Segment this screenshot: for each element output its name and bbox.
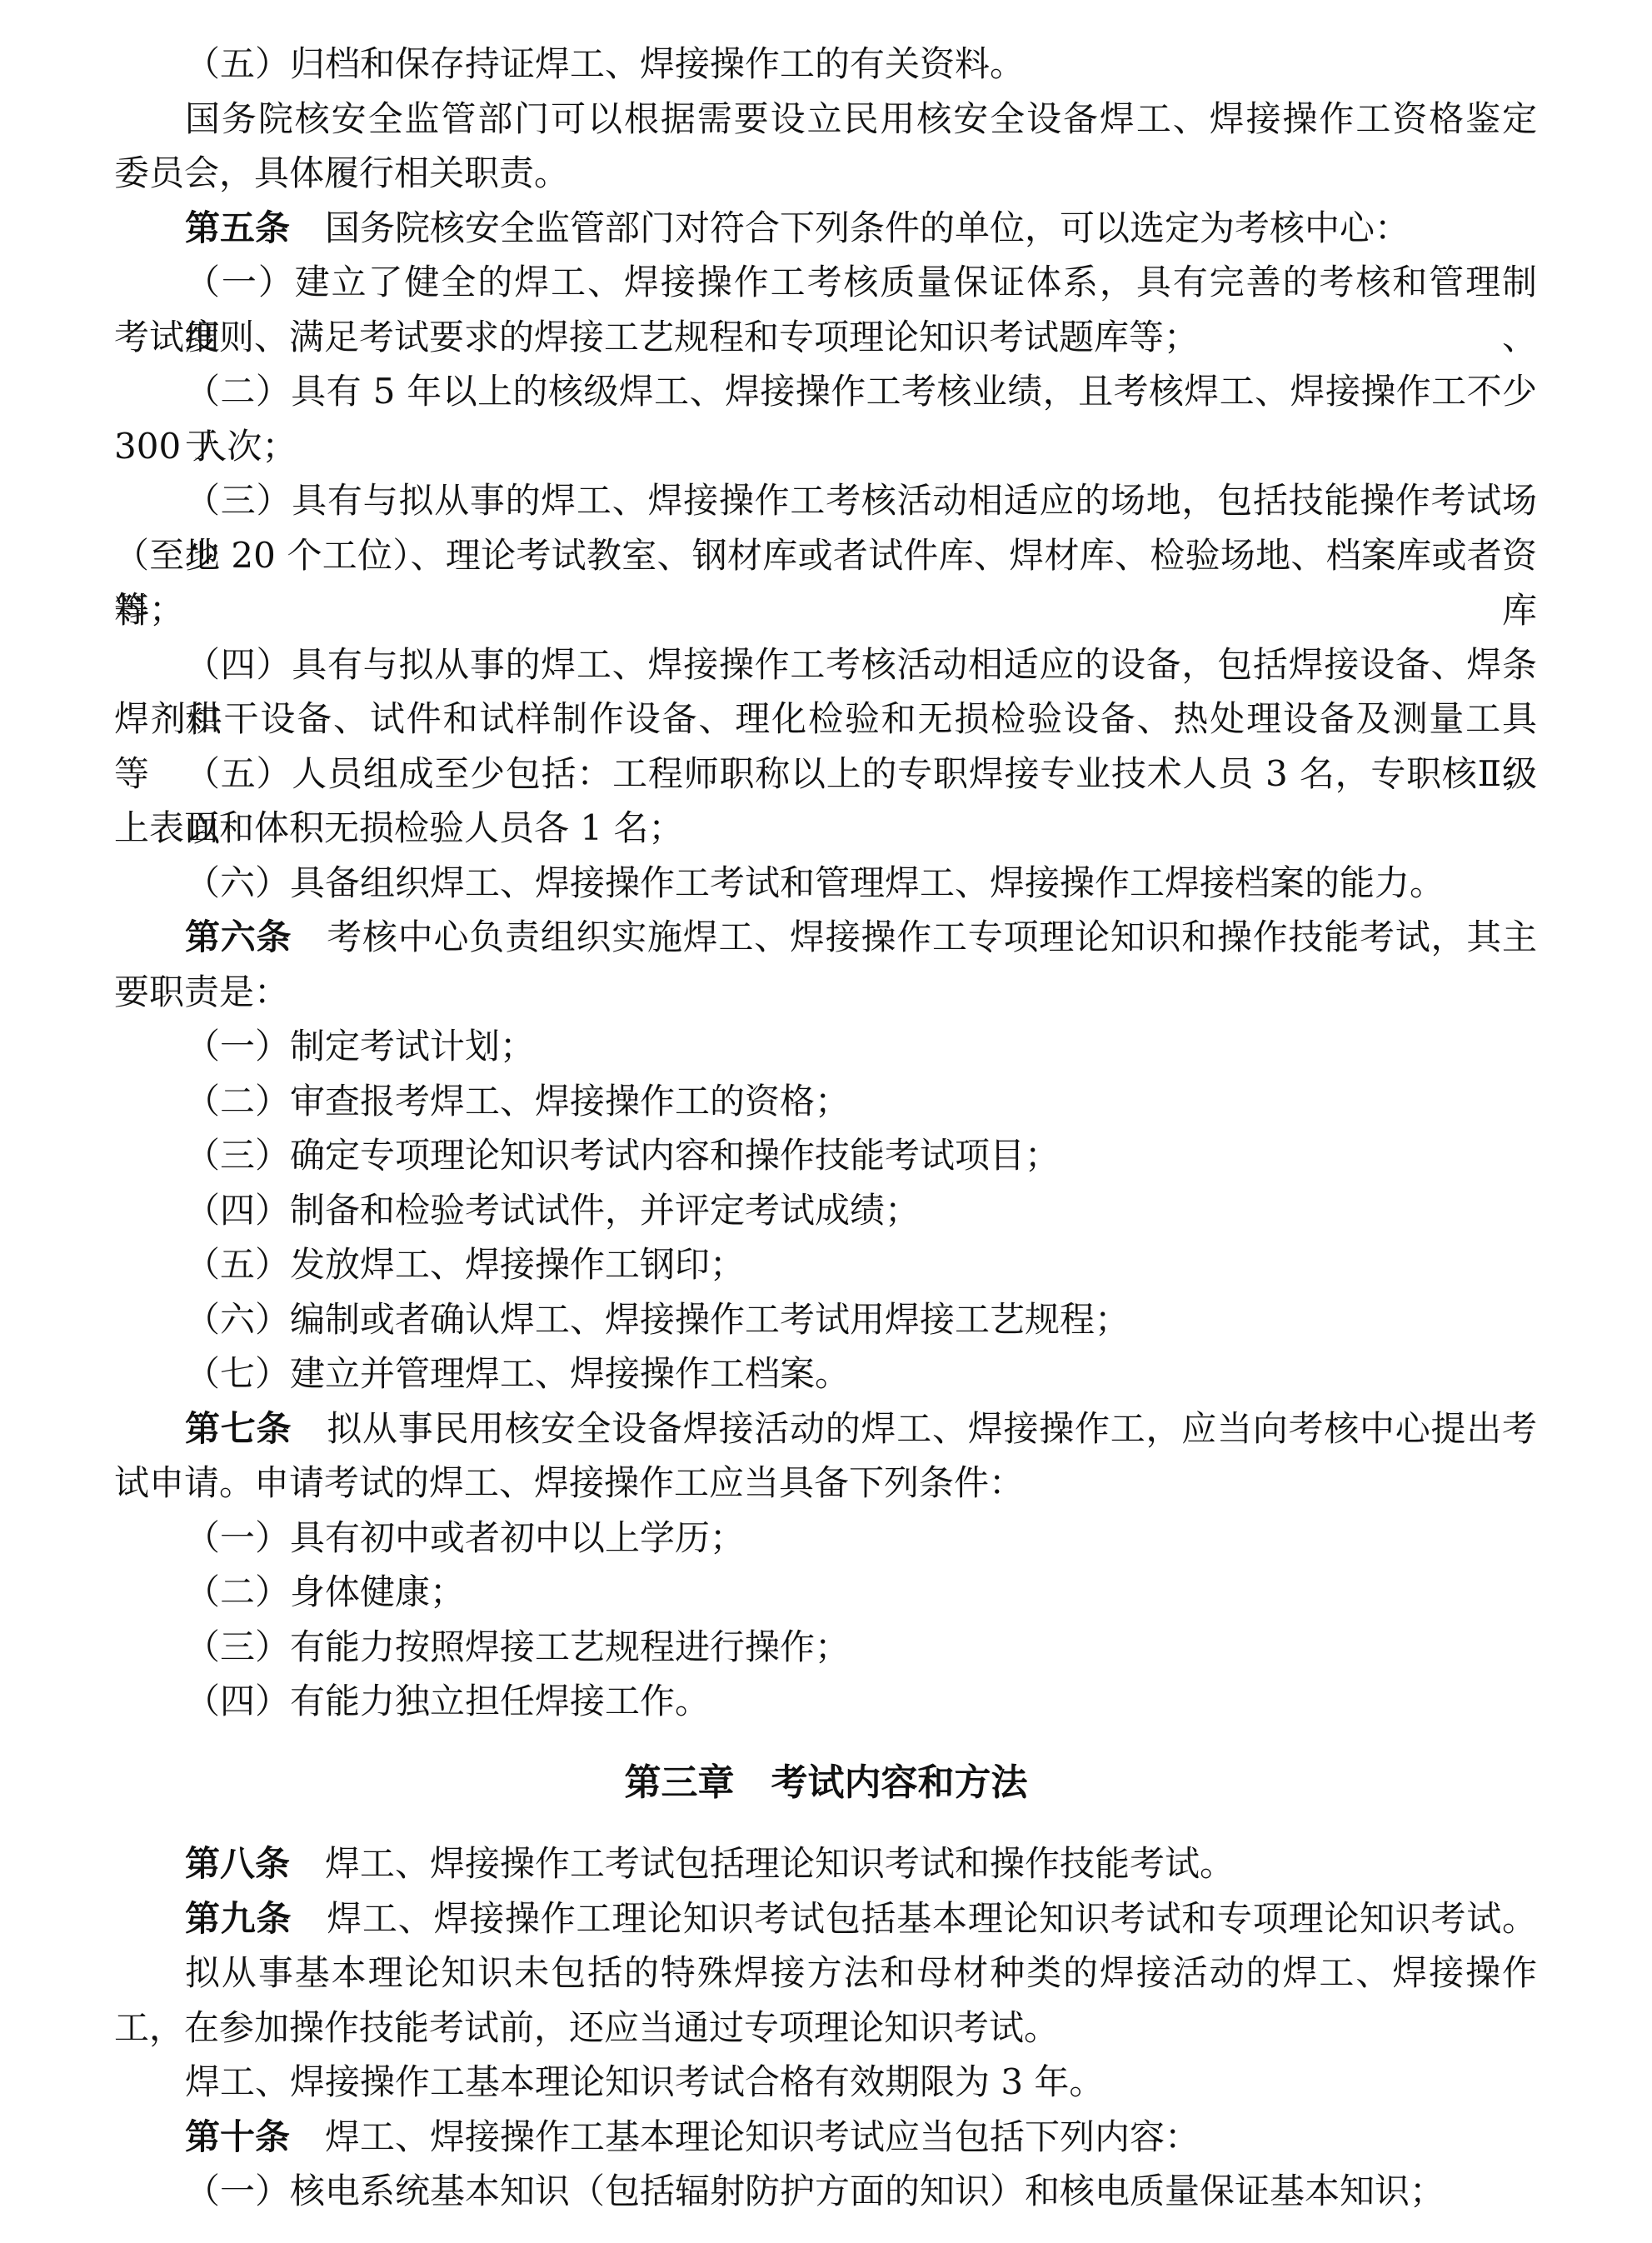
chapter-heading: 第三章考试内容和方法 bbox=[0, 1756, 1652, 1811]
line-text: 国务院核安全监管部门可以根据需要设立民用核安全设备焊工、焊接操作工资格鉴定 bbox=[185, 98, 1537, 139]
article-paragraph-line: 第七条拟从事民用核安全设备焊接活动的焊工、焊接操作工，应当向考核中心提出考 bbox=[185, 1401, 1537, 1456]
line-text: （四）有能力独立担任焊接工作。 bbox=[185, 1681, 710, 1721]
paragraph-line: 焊剂烘干设备、试件和试样制作设备、理化检验和无损检验设备、热处理设备及测量工具等… bbox=[114, 692, 1537, 747]
article-label: 第七条 bbox=[185, 1408, 292, 1449]
chapter-number: 第三章 bbox=[625, 1761, 735, 1804]
line-text: （五）发放焊工、焊接操作工钢印； bbox=[185, 1244, 745, 1285]
article-paragraph-line: 第九条焊工、焊接操作工理论知识考试包括基本理论知识考试和专项理论知识考试。 bbox=[185, 1891, 1537, 1946]
line-text: （二）身体健康； bbox=[185, 1571, 465, 1612]
line-text: 要职责是： bbox=[114, 972, 289, 1012]
line-text: 焊工、焊接操作工基本理论知识考试合格有效期限为 3 年。 bbox=[185, 2061, 1104, 2102]
paragraph-line: 要职责是： bbox=[114, 965, 1537, 1020]
line-text: 上表面和体积无损检验人员各 1 名； bbox=[114, 807, 683, 848]
paragraph-line: 上表面和体积无损检验人员各 1 名； bbox=[114, 801, 1537, 856]
paragraph-line: 焊工、焊接操作工基本理论知识考试合格有效期限为 3 年。 bbox=[185, 2055, 1537, 2110]
line-text: 工，在参加操作技能考试前，还应当通过专项理论知识考试。 bbox=[114, 2007, 1059, 2048]
article-paragraph-line: 第六条考核中心负责组织实施焊工、焊接操作工专项理论知识和操作技能考试，其主 bbox=[185, 910, 1537, 965]
article-paragraph-line: 第十条焊工、焊接操作工基本理论知识考试应当包括下列内容： bbox=[185, 2110, 1537, 2165]
line-text: （二）审查报考焊工、焊接操作工的资格； bbox=[185, 1081, 850, 1121]
paragraph-line: （一）核电系统基本知识（包括辐射防护方面的知识）和核电质量保证基本知识； bbox=[185, 2164, 1537, 2219]
article-label: 第十条 bbox=[185, 2116, 290, 2157]
article-paragraph-line: 第八条焊工、焊接操作工考试包括理论知识考试和操作技能考试。 bbox=[185, 1836, 1537, 1891]
line-text: 委员会，具体履行相关职责。 bbox=[114, 152, 569, 193]
line-text: 拟从事民用核安全设备焊接活动的焊工、焊接操作工，应当向考核中心提出考 bbox=[327, 1408, 1537, 1449]
paragraph-line: （三）有能力按照焊接工艺规程进行操作； bbox=[185, 1620, 1537, 1675]
paragraph-line: 试申请。申请考试的焊工、焊接操作工应当具备下列条件： bbox=[114, 1456, 1537, 1511]
paragraph-line: （五）归档和保存持证焊工、焊接操作工的有关资料。 bbox=[185, 37, 1537, 92]
paragraph-line: （至少 20 个工位）、理论考试教室、钢材库或者试件库、焊材库、检验场地、档案库… bbox=[114, 528, 1537, 583]
paragraph-line: （三）确定专项理论知识考试内容和操作技能考试项目； bbox=[185, 1128, 1537, 1183]
article-paragraph-line: 第五条国务院核安全监管部门对符合下列条件的单位，可以选定为考核中心： bbox=[185, 201, 1537, 256]
line-text: 焊工、焊接操作工理论知识考试包括基本理论知识考试和专项理论知识考试。 bbox=[327, 1898, 1537, 1939]
paragraph-line: （二）身体健康； bbox=[185, 1565, 1537, 1620]
line-text: （三）有能力按照焊接工艺规程进行操作； bbox=[185, 1626, 850, 1667]
paragraph-line: （四）具有与拟从事的焊工、焊接操作工考核活动相适应的设备，包括焊接设备、焊条和 bbox=[185, 637, 1537, 692]
line-text: （六）编制或者确认焊工、焊接操作工考试用焊接工艺规程； bbox=[185, 1299, 1130, 1340]
paragraph-line: 拟从事基本理论知识未包括的特殊焊接方法和母材种类的焊接活动的焊工、焊接操作 bbox=[185, 1946, 1537, 2001]
line-text: （五）归档和保存持证焊工、焊接操作工的有关资料。 bbox=[185, 43, 1025, 84]
line-text: （四）制备和检验考试试件，并评定考试成绩； bbox=[185, 1190, 920, 1231]
paragraph-line: （四）有能力独立担任焊接工作。 bbox=[185, 1674, 1537, 1729]
line-text: （一）具有初中或者初中以上学历； bbox=[185, 1517, 745, 1558]
paragraph-line: 考试细则、满足考试要求的焊接工艺规程和专项理论知识考试题库等； bbox=[114, 310, 1537, 365]
line-text: 300 人次； bbox=[114, 426, 297, 467]
paragraph-line: （一）制定考试计划； bbox=[185, 1019, 1537, 1074]
paragraph-line: 委员会，具体履行相关职责。 bbox=[114, 146, 1537, 201]
line-text: 试申请。申请考试的焊工、焊接操作工应当具备下列条件： bbox=[114, 1462, 1024, 1503]
paragraph-line: （一）具有初中或者初中以上学历； bbox=[185, 1511, 1537, 1566]
paragraph-line: （三）具有与拟从事的焊工、焊接操作工考核活动相适应的场地，包括技能操作考试场地 bbox=[185, 473, 1537, 528]
line-text: 焊工、焊接操作工考试包括理论知识考试和操作技能考试。 bbox=[325, 1843, 1235, 1884]
line-text: （三）确定专项理论知识考试内容和操作技能考试项目； bbox=[185, 1135, 1060, 1176]
line-text: 国务院核安全监管部门对符合下列条件的单位，可以选定为考核中心： bbox=[325, 207, 1410, 248]
paragraph-line: （七）建立并管理焊工、焊接操作工档案。 bbox=[185, 1346, 1537, 1401]
paragraph-line: （五）发放焊工、焊接操作工钢印； bbox=[185, 1237, 1537, 1292]
document-page: （五）归档和保存持证焊工、焊接操作工的有关资料。国务院核安全监管部门可以根据需要… bbox=[0, 0, 1652, 2243]
line-text: （六）具备组织焊工、焊接操作工考试和管理焊工、焊接操作工焊接档案的能力。 bbox=[185, 862, 1445, 903]
article-label: 第五条 bbox=[185, 207, 290, 248]
line-text: 考试细则、满足考试要求的焊接工艺规程和专项理论知识考试题库等； bbox=[114, 317, 1199, 357]
paragraph-line: （一）建立了健全的焊工、焊接操作工考核质量保证体系，具有完善的考核和管理制度、 bbox=[185, 255, 1537, 310]
paragraph-line: （四）制备和检验考试试件，并评定考试成绩； bbox=[185, 1183, 1537, 1238]
chapter-title: 考试内容和方法 bbox=[771, 1761, 1028, 1804]
line-text: 等； bbox=[114, 589, 184, 630]
line-text: 拟从事基本理论知识未包括的特殊焊接方法和母材种类的焊接活动的焊工、焊接操作 bbox=[185, 1952, 1537, 1993]
paragraph-line: （五）人员组成至少包括：工程师职称以上的专职焊接专业技术人员 3 名，专职核Ⅱ级… bbox=[185, 747, 1537, 802]
line-text: （七）建立并管理焊工、焊接操作工档案。 bbox=[185, 1353, 850, 1394]
paragraph-line: 国务院核安全监管部门可以根据需要设立民用核安全设备焊工、焊接操作工资格鉴定 bbox=[185, 92, 1537, 147]
paragraph-line: （六）具备组织焊工、焊接操作工考试和管理焊工、焊接操作工焊接档案的能力。 bbox=[185, 856, 1537, 911]
paragraph-line: （二）具有 5 年以上的核级焊工、焊接操作工考核业绩，且考核焊工、焊接操作工不少… bbox=[185, 364, 1537, 419]
paragraph-line: 等； bbox=[114, 582, 1537, 637]
line-text: （一）制定考试计划； bbox=[185, 1026, 535, 1067]
paragraph-line: 300 人次； bbox=[114, 419, 1537, 474]
article-label: 第六条 bbox=[185, 917, 292, 957]
line-text: 考核中心负责组织实施焊工、焊接操作工专项理论知识和操作技能考试，其主 bbox=[327, 917, 1537, 957]
paragraph-line: （二）审查报考焊工、焊接操作工的资格； bbox=[185, 1074, 1537, 1129]
paragraph-line: 工，在参加操作技能考试前，还应当通过专项理论知识考试。 bbox=[114, 2001, 1537, 2056]
paragraph-line: （六）编制或者确认焊工、焊接操作工考试用焊接工艺规程； bbox=[185, 1292, 1537, 1347]
article-label: 第八条 bbox=[185, 1843, 290, 1884]
line-text: （一）核电系统基本知识（包括辐射防护方面的知识）和核电质量保证基本知识； bbox=[185, 2171, 1445, 2211]
article-label: 第九条 bbox=[185, 1898, 292, 1939]
line-text: 焊工、焊接操作工基本理论知识考试应当包括下列内容： bbox=[325, 2116, 1200, 2157]
